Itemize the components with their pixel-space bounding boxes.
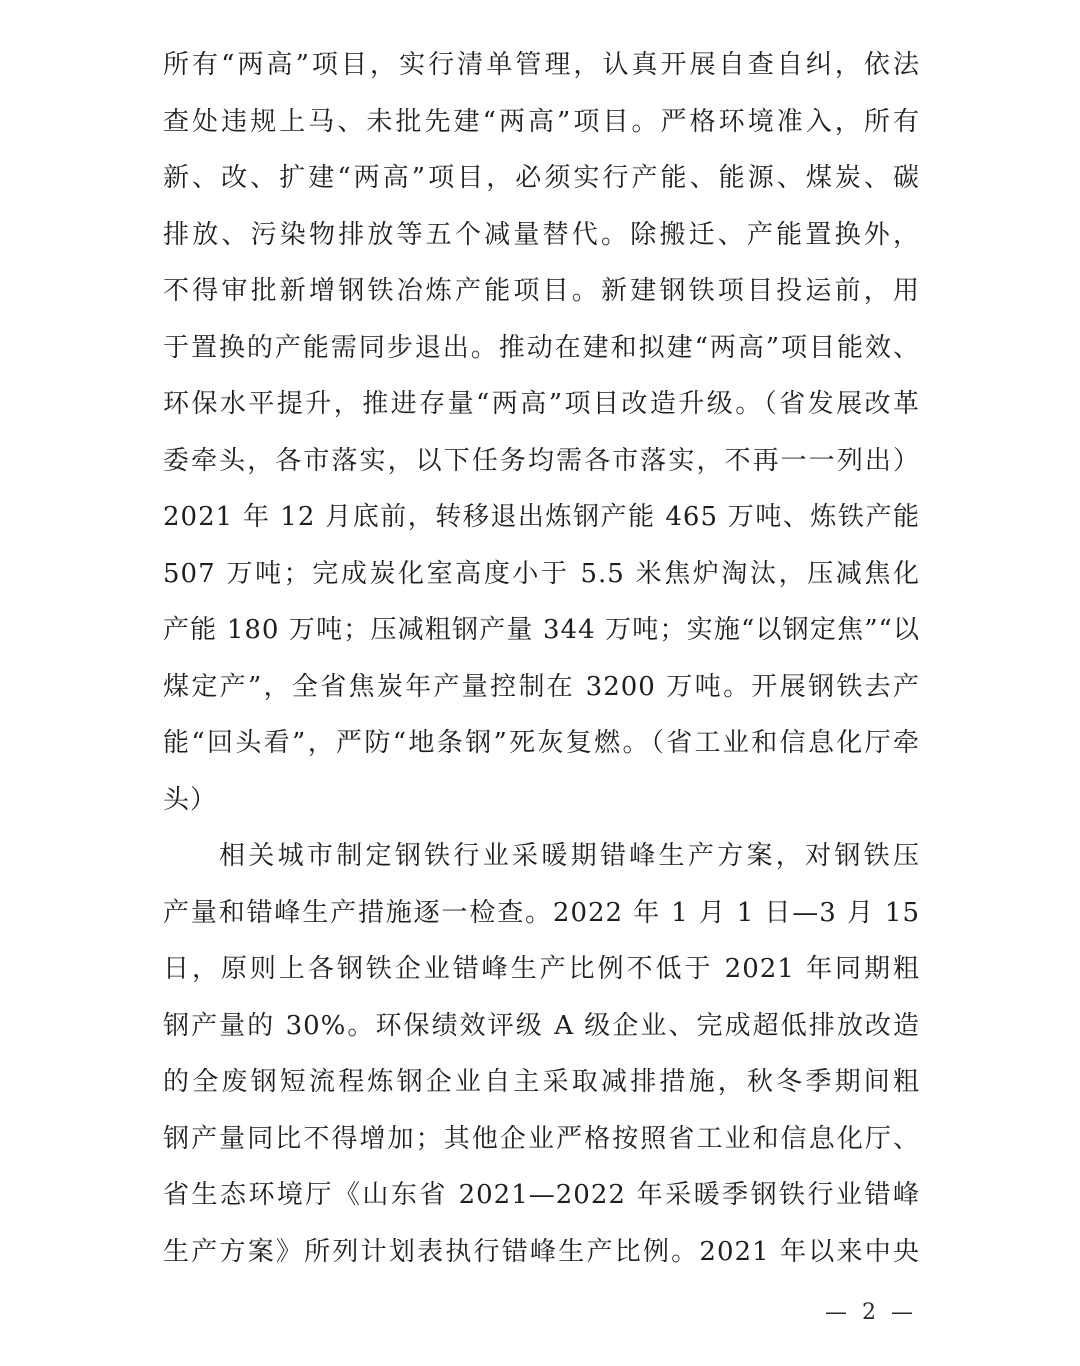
body-text-line: 产量和错峰生产措施逐一检查。2022 年 1 月 1 日—3 月 15 (163, 885, 920, 942)
document-page: 所有“两高”项目，实行清单管理，认真开展自查自纠，依法 查处违规上马、未批先建“… (0, 0, 1080, 1366)
body-text-line: 查处违规上马、未批先建“两高”项目。严格环境准入，所有 (163, 94, 920, 151)
body-text-line: 507 万吨；完成炭化室高度小于 5.5 米焦炉淘汰，压减焦化 (163, 546, 920, 603)
body-text-line: 头） (163, 772, 920, 829)
body-text-line: 钢产量同比不得增加；其他企业严格按照省工业和信息化厅、 (163, 1111, 920, 1168)
body-text-line: 煤定产”，全省焦炭年产量控制在 3200 万吨。开展钢铁去产 (163, 659, 920, 716)
body-text-line: 不得审批新增钢铁冶炼产能项目。新建钢铁项目投运前，用 (163, 263, 920, 320)
body-text-line: 钢产量的 30%。环保绩效评级 A 级企业、完成超低排放改造 (163, 998, 920, 1055)
body-text-block: 所有“两高”项目，实行清单管理，认真开展自查自纠，依法 查处违规上马、未批先建“… (163, 37, 920, 1280)
body-text-line: 生产方案》所列计划表执行错峰生产比例。2021 年以来中央 (163, 1224, 920, 1281)
body-text-line: 于置换的产能需同步退出。推动在建和拟建“两高”项目能效、 (163, 320, 920, 377)
body-text-line: 委牵头，各市落实，以下任务均需各市落实，不再一一列出） (163, 433, 920, 490)
body-text-line: 环保水平提升，推进存量“两高”项目改造升级。（省发展改革 (163, 376, 920, 433)
body-text-line-paragraph-start: 相关城市制定钢铁行业采暖期错峰生产方案，对钢铁压 (163, 828, 920, 885)
body-text-line: 省生态环境厅《山东省 2021—2022 年采暖季钢铁行业错峰 (163, 1167, 920, 1224)
body-text-line: 的全废钢短流程炼钢企业自主采取减排措施，秋冬季期间粗 (163, 1054, 920, 1111)
body-text-line: 产能 180 万吨；压减粗钢产量 344 万吨；实施“以钢定焦”“以 (163, 602, 920, 659)
body-text-line: 新、改、扩建“两高”项目，必须实行产能、能源、煤炭、碳 (163, 150, 920, 207)
body-text-line: 2021 年 12 月底前，转移退出炼钢产能 465 万吨、炼铁产能 (163, 489, 920, 546)
body-text-line: 所有“两高”项目，实行清单管理，认真开展自查自纠，依法 (163, 37, 920, 94)
page-number: — 2 — (825, 1300, 917, 1325)
body-text-line: 排放、污染物排放等五个减量替代。除搬迁、产能置换外， (163, 207, 920, 264)
body-text-line: 日，原则上各钢铁企业错峰生产比例不低于 2021 年同期粗 (163, 941, 920, 998)
body-text-line: 能“回头看”，严防“地条钢”死灰复燃。（省工业和信息化厅牵 (163, 715, 920, 772)
